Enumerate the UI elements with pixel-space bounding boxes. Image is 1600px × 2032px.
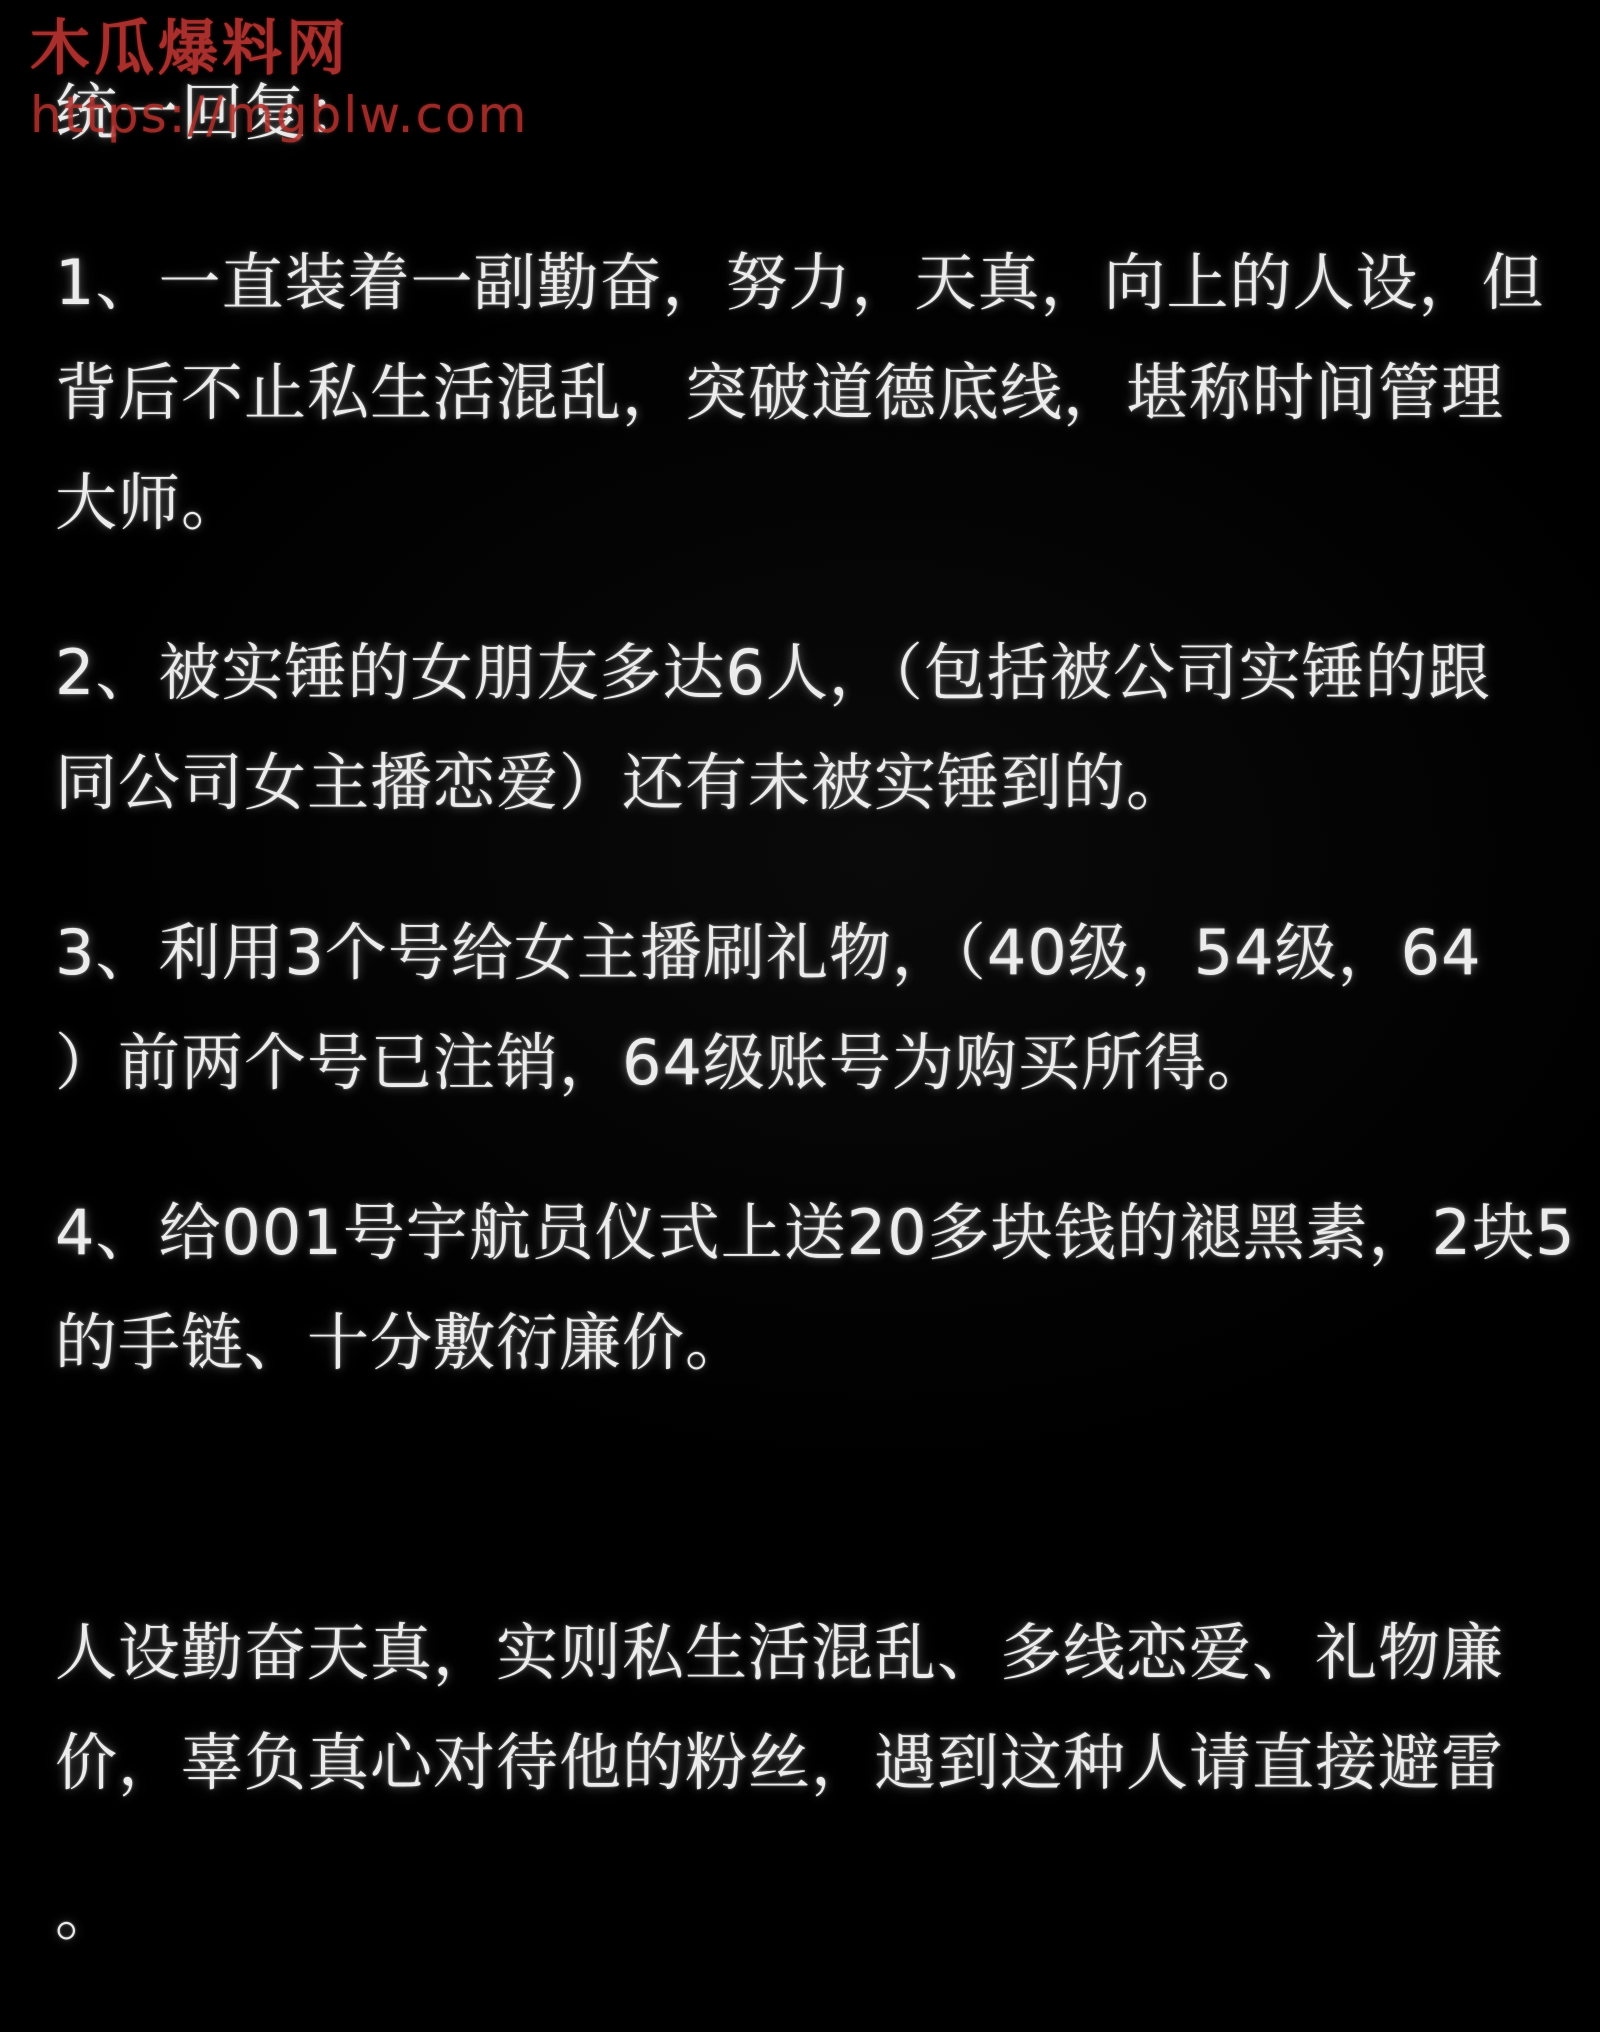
text-line: 的手链、十分敷衍廉价。	[55, 1288, 1576, 1398]
text-line: 2、被实锤的女朋友多达6人，（包括被公司实锤的跟	[55, 618, 1576, 728]
reply-header: 统一回复：	[55, 58, 1576, 168]
screenshot-background: 木瓜爆料网 https://mgblw.com 统一回复： 1、一直装着一副勤奋…	[0, 0, 1600, 2032]
paragraph-1: 1、一直装着一副勤奋，努力，天真，向上的人设，但 背后不止私生活混乱，突破道德底…	[55, 228, 1576, 558]
post-text-block: 统一回复： 1、一直装着一副勤奋，努力，天真，向上的人设，但 背后不止私生活混乱…	[55, 58, 1576, 1968]
text-line: 大师。	[55, 448, 1576, 558]
paragraph-summary: 人设勤奋天真，实则私生活混乱、多线恋爱、礼物廉 价，辜负真心对待他的粉丝，遇到这…	[55, 1598, 1576, 1968]
text-line: 1、一直装着一副勤奋，努力，天真，向上的人设，但	[55, 228, 1576, 338]
text-line: 人设勤奋天真，实则私生活混乱、多线恋爱、礼物廉	[55, 1598, 1576, 1708]
text-line: 。	[55, 1858, 1576, 1968]
paragraph-4: 4、给001号宇航员仪式上送20多块钱的褪黑素，2块5 的手链、十分敷衍廉价。	[55, 1178, 1576, 1398]
paragraph-3: 3、利用3个号给女主播刷礼物，（40级，54级，64 ）前两个号已注销，64级账…	[55, 898, 1576, 1118]
text-line: 3、利用3个号给女主播刷礼物，（40级，54级，64	[55, 898, 1576, 1008]
text-line: 同公司女主播恋爱）还有未被实锤到的。	[55, 728, 1576, 838]
text-line: 4、给001号宇航员仪式上送20多块钱的褪黑素，2块5	[55, 1178, 1576, 1288]
text-line: ）前两个号已注销，64级账号为购买所得。	[55, 1008, 1576, 1118]
text-line: 价，辜负真心对待他的粉丝，遇到这种人请直接避雷	[55, 1708, 1576, 1818]
text-line: 背后不止私生活混乱，突破道德底线，堪称时间管理	[55, 338, 1576, 448]
paragraph-2: 2、被实锤的女朋友多达6人，（包括被公司实锤的跟 同公司女主播恋爱）还有未被实锤…	[55, 618, 1576, 838]
